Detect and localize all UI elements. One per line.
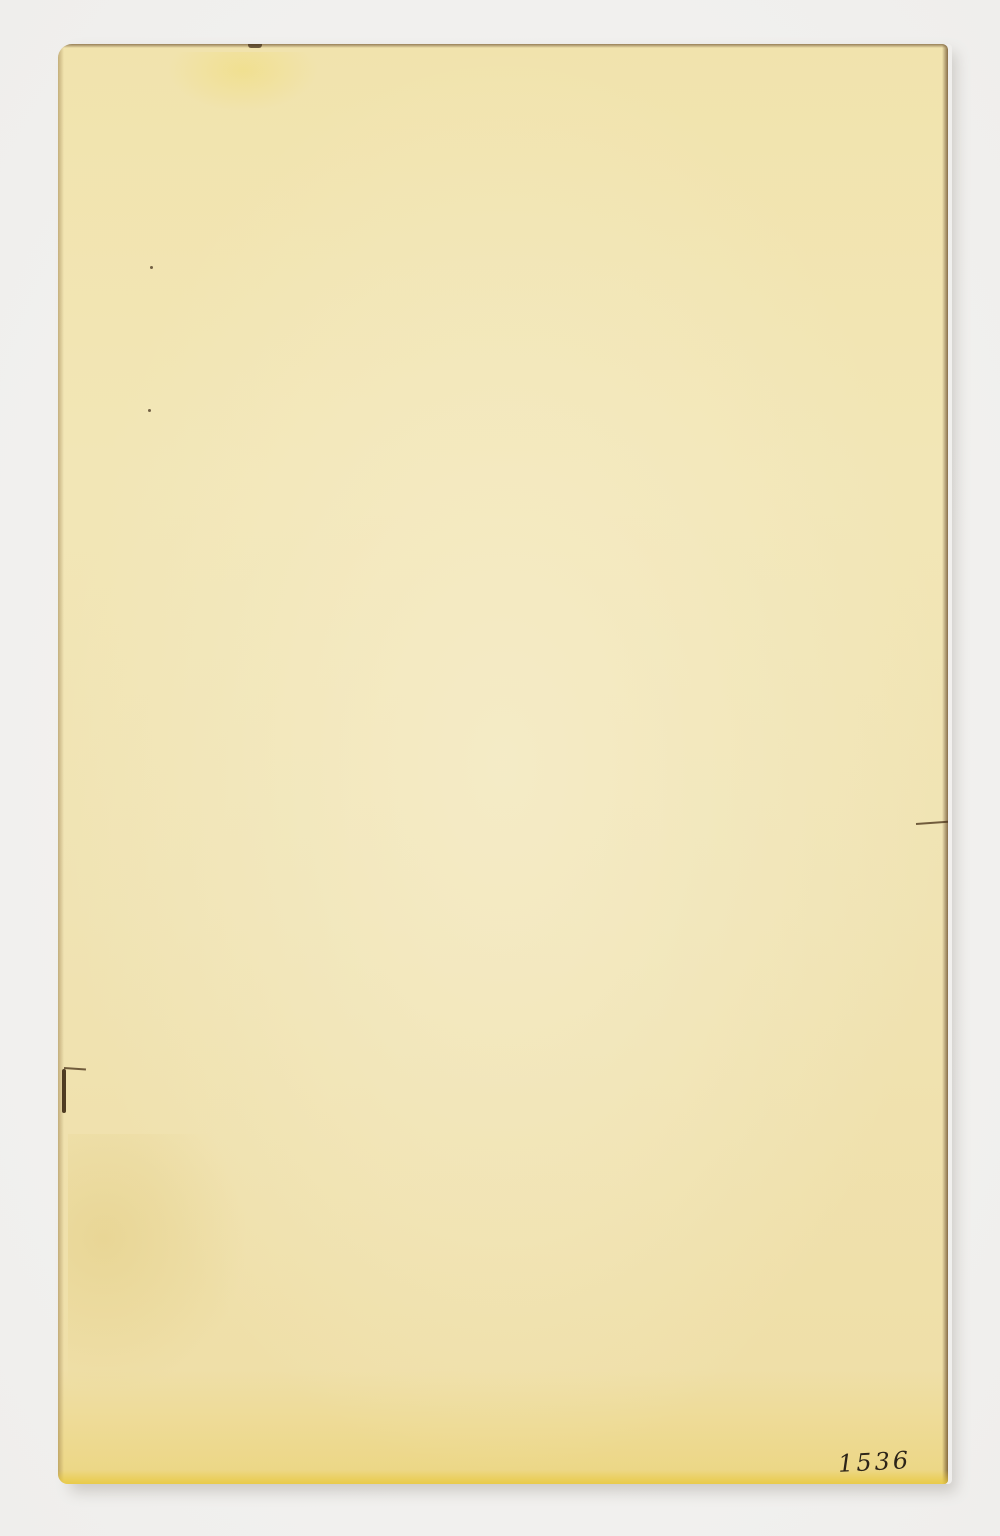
foxing-speck — [150, 266, 153, 269]
paper-edge-bottom — [58, 1470, 948, 1484]
handwritten-page-number: 1536 — [837, 1446, 911, 1478]
paper-edge-left — [58, 44, 64, 1484]
water-stain-lower-left — [68, 1134, 248, 1394]
yellow-stain-top — [168, 52, 318, 112]
paper-edge-right — [942, 44, 948, 1484]
foxing-speck — [248, 44, 262, 48]
nick-left-edge — [62, 1069, 66, 1113]
aged-paper-sheet — [58, 44, 948, 1484]
foxing-speck — [148, 409, 151, 412]
tear-left-edge — [64, 1067, 86, 1071]
paper-edge-top — [58, 44, 948, 48]
